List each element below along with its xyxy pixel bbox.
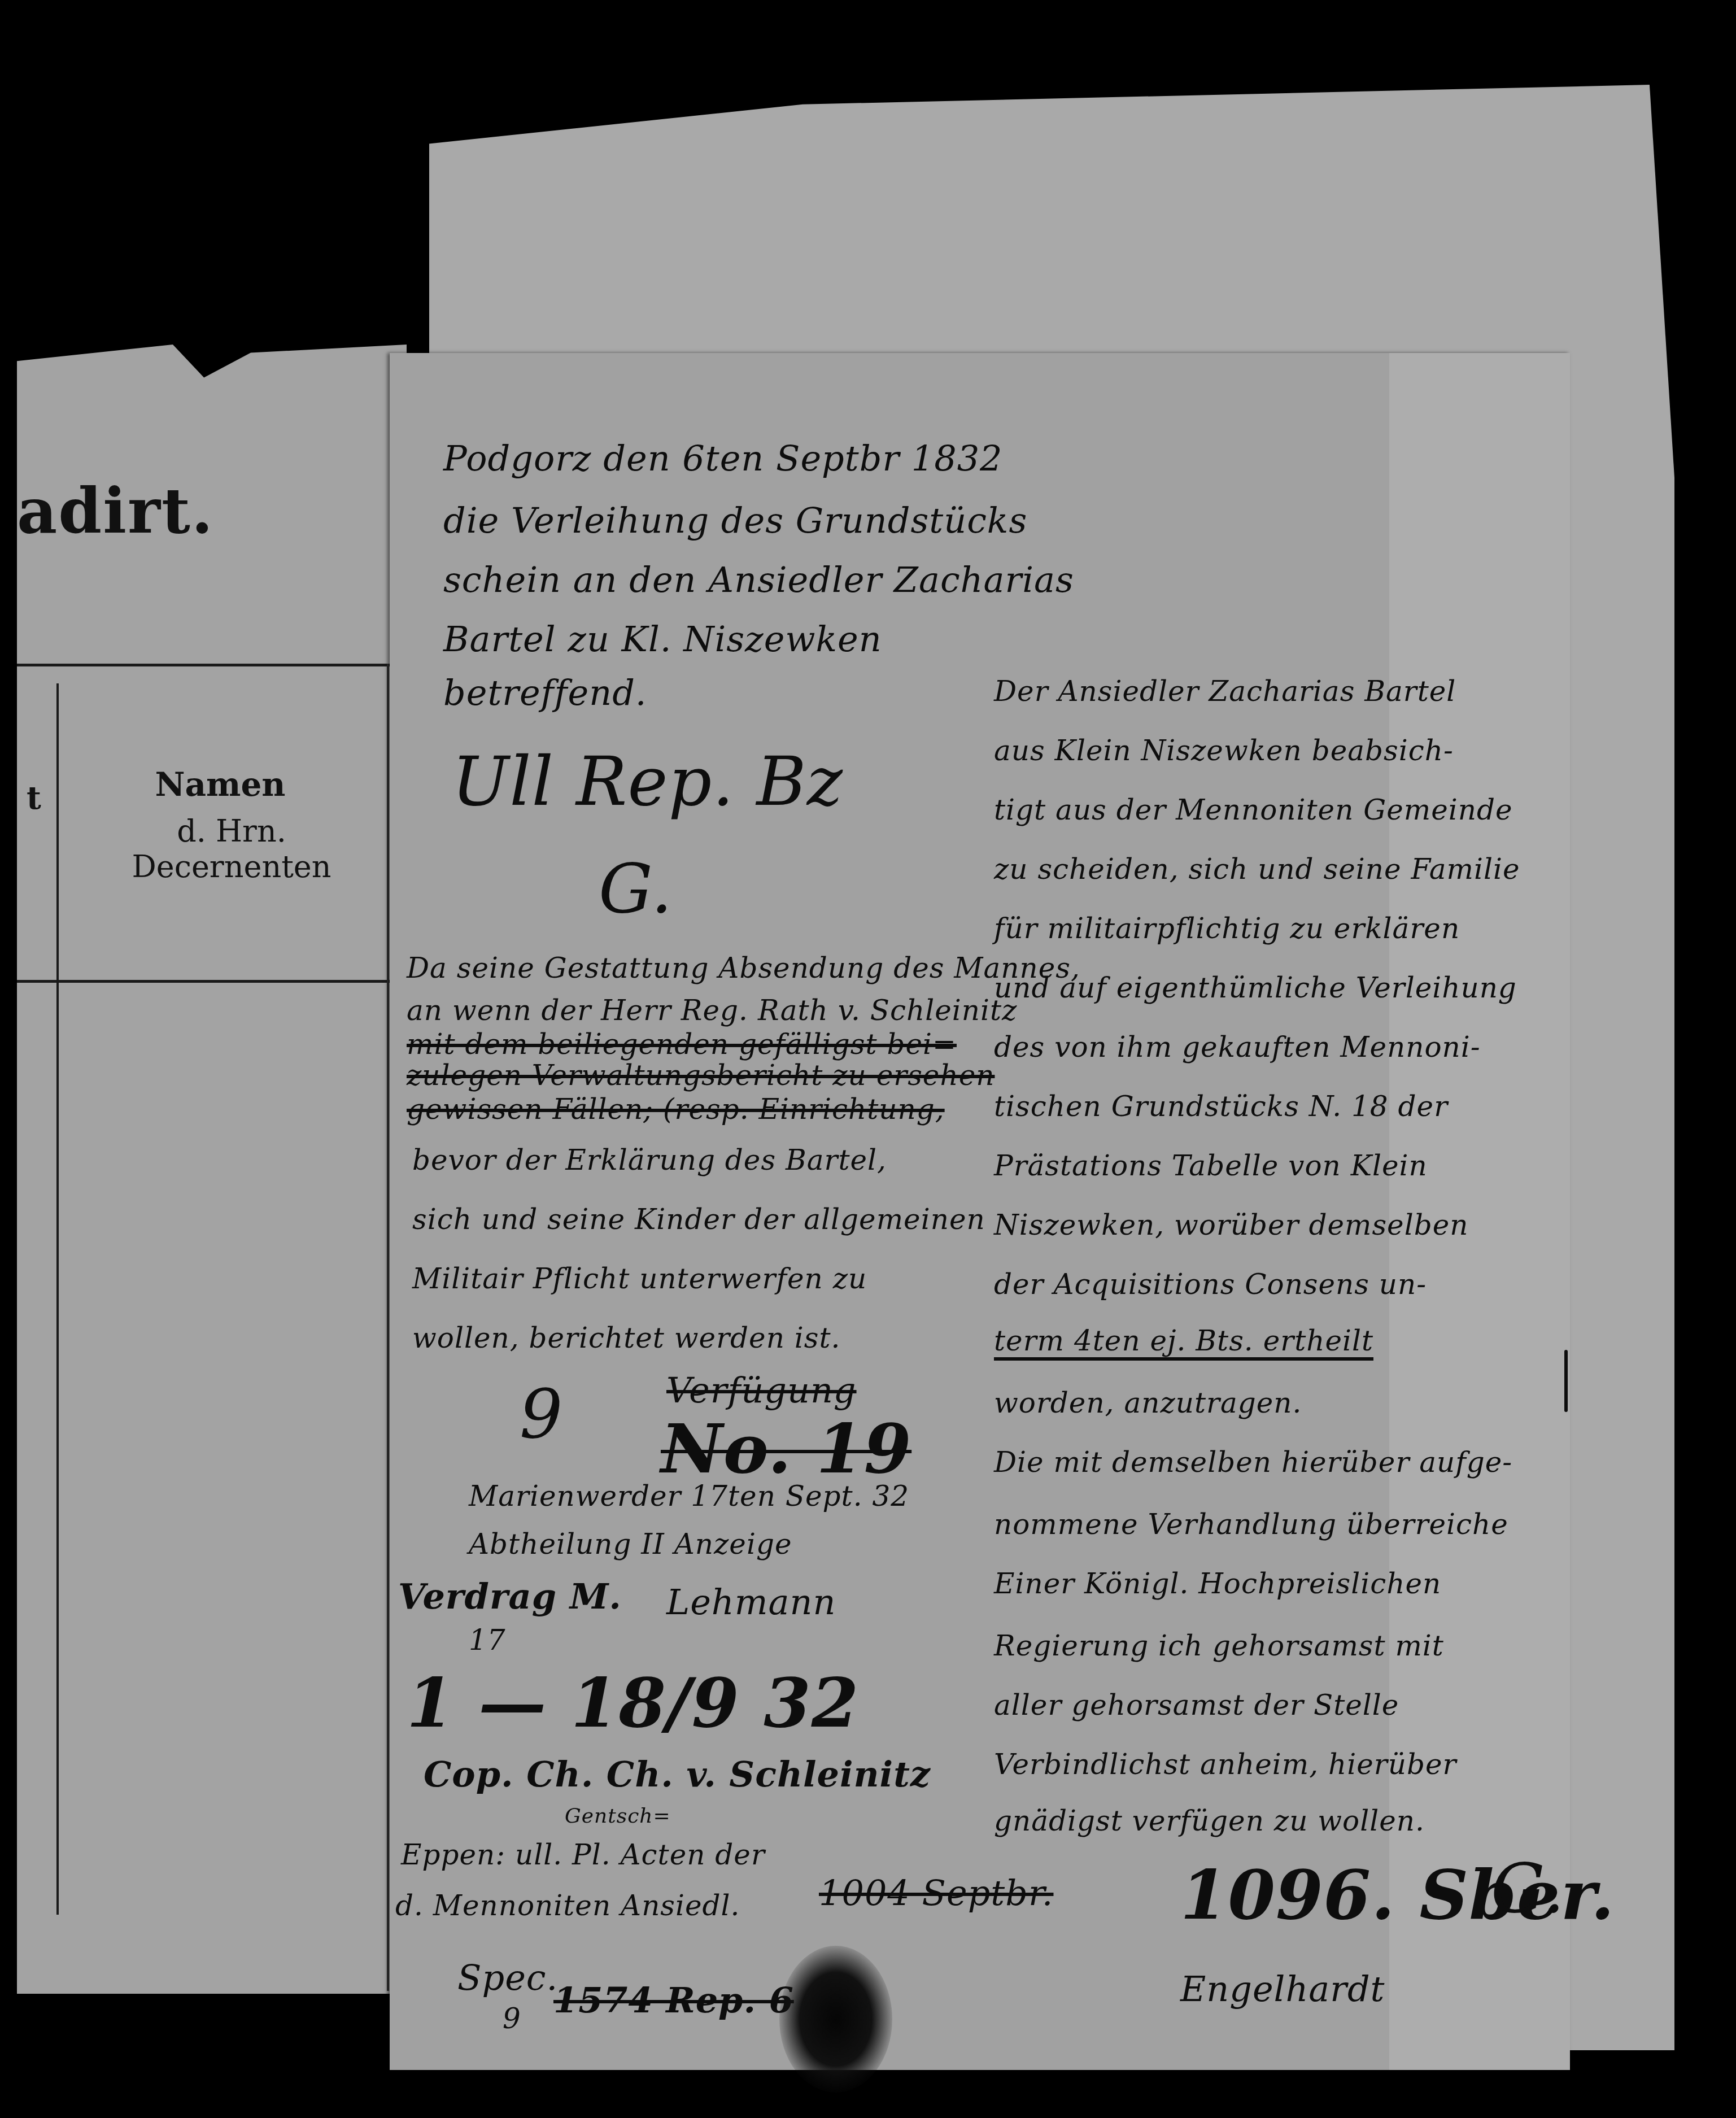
- printed-title: adirt.: [17, 474, 214, 547]
- body-line: wollen, berichtet werden ist.: [412, 1322, 840, 1354]
- handwritten-document-sheet: Podgorz den 6ten Septbr 1832 die Verleih…: [390, 353, 1570, 2070]
- underlined-line: term 4ten ej. Bts. ertheilt: [994, 1324, 1373, 1361]
- table-top-rule: [17, 664, 407, 666]
- column-header-namen: Namen: [73, 765, 367, 804]
- heading-line: betreffend.: [443, 672, 647, 713]
- struck-verfuegung: Verfügung: [666, 1370, 857, 1411]
- body-line: Verbindlichst anheim, hierüber: [994, 1748, 1456, 1781]
- struck-line: mit dem beiliegenden gefälligst bei=: [407, 1028, 957, 1061]
- heading-line: Podgorz den 6ten Septbr 1832: [443, 438, 1003, 479]
- signature-engelhardt: Engelhardt: [1180, 1968, 1385, 2010]
- body-line: für militairpflichtig zu erklären: [994, 912, 1460, 945]
- signature-sub: 17: [469, 1624, 506, 1657]
- column-header-decernenten: d. Hrn. Decernenten: [73, 813, 390, 884]
- column-stub-header: t: [17, 779, 51, 817]
- struck-bottom-number: 1574 Rep. 6: [553, 1980, 794, 2021]
- flourish-signature: Ull Rep. Bz: [452, 743, 843, 821]
- cc-sub: Gentsch=: [565, 1805, 671, 1828]
- margin-mark: [1564, 1350, 1568, 1412]
- folder-cover-sheet: adirt. t Namen d. Hrn. Decernenten: [17, 345, 407, 1994]
- body-line: tigt aus der Mennoniten Gemeinde: [994, 794, 1513, 826]
- table-header-rule: [17, 980, 401, 983]
- numbering-prefix: 9: [520, 1375, 563, 1454]
- body-line: des von ihm gekauften Mennoni-: [994, 1031, 1481, 1064]
- heading-line: schein an den Ansiedler Zacharias: [443, 559, 1074, 600]
- registry-mark: G.: [1491, 1850, 1565, 1928]
- body-line: worden, anzutragen.: [994, 1387, 1302, 1419]
- document-number: No. 19: [661, 1409, 911, 1489]
- body-line: sich und seine Kinder der allgemeinen: [412, 1203, 985, 1236]
- ink-blot: [779, 1946, 892, 2093]
- body-line: Militair Pflicht unterwerfen zu: [412, 1262, 867, 1295]
- body-line: Niszewken, worüber demselben: [994, 1209, 1468, 1241]
- dated-line: Marienwerder 17ten Sept. 32: [469, 1480, 909, 1513]
- heading-line: Bartel zu Kl. Niszewken: [443, 618, 882, 660]
- struck-number: 1004 Septbr.: [819, 1872, 1053, 1914]
- bottom-note-sub: 9: [503, 2002, 521, 2035]
- body-line: nommene Verhandlung überreiche: [994, 1508, 1508, 1541]
- appendix-line: Eppen: ull. Pl. Acten der: [401, 1838, 765, 1871]
- body-line: zu scheiden, sich und seine Familie: [994, 853, 1520, 886]
- body-line: tischen Grundstücks N. 18 der: [994, 1090, 1448, 1123]
- body-line: aus Klein Niszewken beabsich-: [994, 734, 1454, 767]
- struck-line: zulegen Verwaltungsbericht zu ersehen: [407, 1059, 995, 1092]
- body-line: bevor der Erklärung des Bartel,: [412, 1144, 887, 1176]
- mark-g: G.: [599, 850, 673, 929]
- bottom-note: Spec.: [457, 1957, 558, 1998]
- heading-line: die Verleihung des Grundstücks: [443, 500, 1027, 541]
- department-line: Abtheilung II Anzeige: [469, 1528, 792, 1561]
- body-line: Da seine Gestattung Absendung des Mannes…: [407, 952, 1080, 984]
- signature-lehmann: Lehmann: [666, 1581, 836, 1623]
- body-line: gnädigst verfügen zu wollen.: [994, 1805, 1425, 1837]
- journal-number: 1 — 18/9 32: [407, 1663, 859, 1743]
- cc-line: Cop. Ch. Ch. v. Schleinitz: [424, 1754, 931, 1795]
- signature-verdrag: Verdrag M.: [398, 1576, 622, 1617]
- body-line: Prästations Tabelle von Klein: [994, 1149, 1428, 1182]
- body-line: aller gehorsamst der Stelle: [994, 1689, 1399, 1722]
- body-line: und auf eigenthümliche Verleihung: [994, 971, 1517, 1004]
- column-divider: [56, 683, 59, 1915]
- appendix-line: d. Mennoniten Ansiedl.: [395, 1889, 740, 1922]
- body-line: Der Ansiedler Zacharias Bartel: [994, 675, 1456, 708]
- body-line: Regierung ich gehorsamst mit: [994, 1629, 1444, 1662]
- body-line: Die mit demselben hierüber aufge-: [994, 1446, 1512, 1479]
- body-line: an wenn der Herr Reg. Rath v. Schleinitz: [407, 994, 1017, 1027]
- body-line: der Acquisitions Consens un-: [994, 1268, 1427, 1301]
- struck-line: gewissen Fällen; (resp. Einrichtung,: [407, 1093, 945, 1126]
- body-line: Einer Königl. Hochpreislichen: [994, 1567, 1441, 1600]
